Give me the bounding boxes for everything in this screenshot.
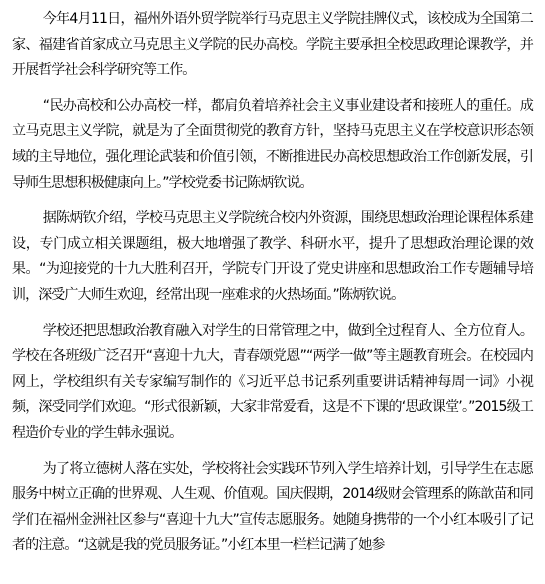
article-paragraph-2: “民办高校和公办高校一样，都肩负着培养社会主义事业建设者和接班人的重任。成立马克… [12, 94, 533, 196]
article-paragraph-1: 今年4月11日，福州外语外贸学院举行马克思主义学院挂牌仪式，该校成为全国第二家、… [12, 7, 533, 84]
article-paragraph-5: 为了将立德树人落在实处，学校将社会实践环节列入学生培养计划，引导学生在志愿服务中… [12, 457, 533, 559]
article-paragraph-3: 据陈炳钦介绍，学校马克思主义学院统合校内外资源，围绕思想政治理论课程体系建设，专… [12, 206, 533, 308]
article-paragraph-4: 学校还把思想政治教育融入对学生的日常管理之中，做到全过程育人、全方位育人。学校在… [12, 319, 533, 447]
article-body: 今年4月11日，福州外语外贸学院举行马克思主义学院挂牌仪式，该校成为全国第二家、… [12, 7, 533, 569]
